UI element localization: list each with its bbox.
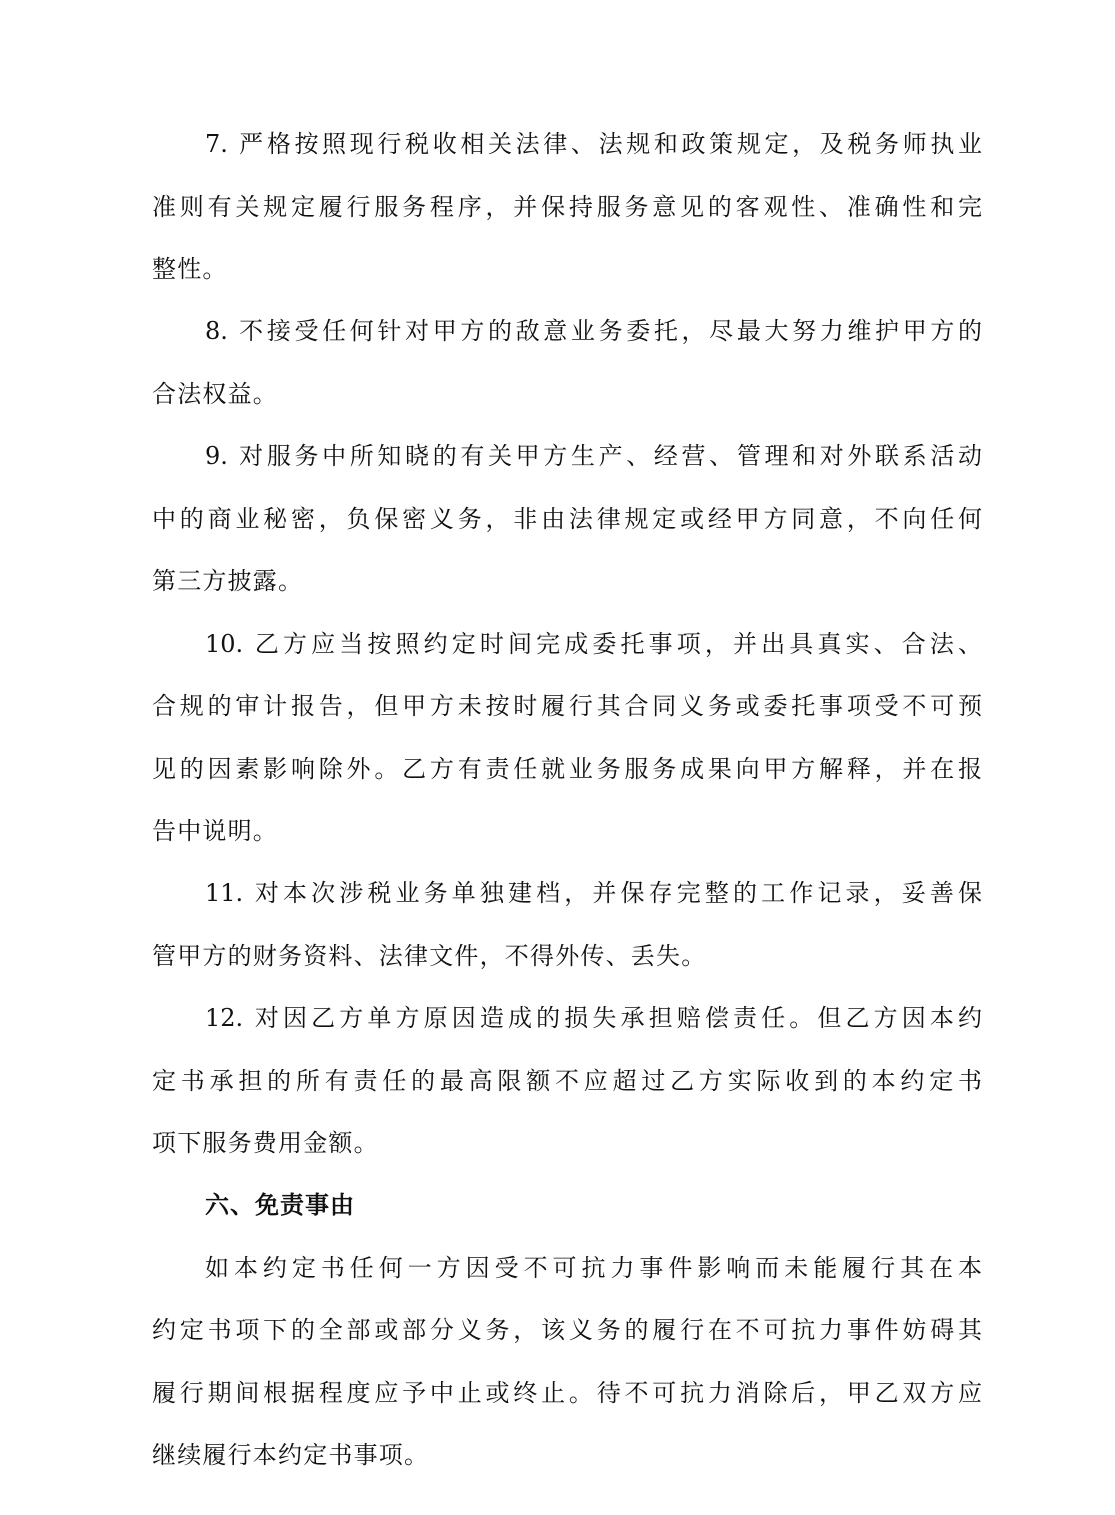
item-7-line-3: 整性。 [152, 249, 982, 289]
item-10-line-1: 10. 乙方应当按照约定时间完成委托事项，并出具真实、合法、 [205, 624, 982, 664]
section-paragraph-line-2: 约定书项下的全部或部分义务，该义务的履行在不可抗力事件妨碍其 [152, 1310, 982, 1350]
item-12-line-1: 12. 对因乙方单方原因造成的损失承担赔偿责任。但乙方因本约 [205, 998, 982, 1038]
item-10-line-4: 告中说明。 [152, 811, 982, 851]
section-paragraph-line-1: 如本约定书任何一方因受不可抗力事件影响而未能履行其在本 [205, 1248, 982, 1288]
item-7-line-1: 7. 严格按照现行税收相关法律、法规和政策规定，及税务师执业 [205, 124, 982, 164]
item-9-line-3: 第三方披露。 [152, 561, 982, 601]
item-10-line-3: 见的因素影响除外。乙方有责任就业务服务成果向甲方解释，并在报 [152, 749, 982, 789]
item-9-line-2: 中的商业秘密，负保密义务，非由法律规定或经甲方同意，不向任何 [152, 499, 982, 539]
section-heading: 六、免责事由 [205, 1185, 982, 1225]
item-11-line-1: 11. 对本次涉税业务单独建档，并保存完整的工作记录，妥善保 [205, 873, 982, 913]
document-page: 7. 严格按照现行税收相关法律、法规和政策规定，及税务师执业 准则有关规定履行服… [0, 0, 1115, 1515]
item-8-line-2: 合法权益。 [152, 374, 982, 414]
item-9-line-1: 9. 对服务中所知晓的有关甲方生产、经营、管理和对外联系活动 [205, 436, 982, 476]
section-paragraph-line-4: 继续履行本约定书事项。 [152, 1435, 982, 1475]
item-10-line-2: 合规的审计报告，但甲方未按时履行其合同义务或委托事项受不可预 [152, 686, 982, 726]
item-12-line-2: 定书承担的所有责任的最高限额不应超过乙方实际收到的本约定书 [152, 1061, 982, 1101]
item-12-line-3: 项下服务费用金额。 [152, 1123, 982, 1163]
item-7-line-2: 准则有关规定履行服务程序，并保持服务意见的客观性、准确性和完 [152, 187, 982, 227]
item-11-line-2: 管甲方的财务资料、法律文件，不得外传、丢失。 [152, 936, 982, 976]
section-paragraph-line-3: 履行期间根据程度应予中止或终止。待不可抗力消除后，甲乙双方应 [152, 1373, 982, 1413]
item-8-line-1: 8. 不接受任何针对甲方的敌意业务委托，尽最大努力维护甲方的 [205, 311, 982, 351]
